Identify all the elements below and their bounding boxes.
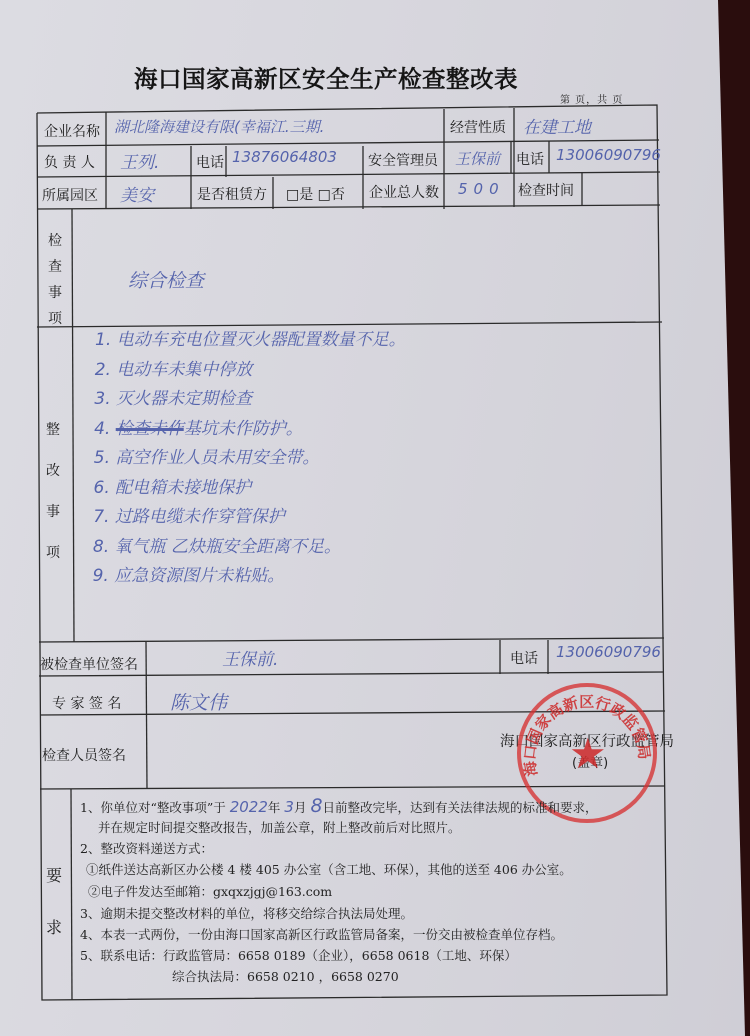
- rectification-item[interactable]: 8. 氧气瓶 乙炔瓶安全距离不足。: [93, 532, 341, 557]
- safety-phone-label: 电话: [516, 149, 544, 169]
- label-char: 检: [45, 228, 65, 254]
- item-number: 9.: [93, 566, 115, 586]
- requirement-5: 5、联系电话：行政监管局：6658 0189（企业），6658 0618（工地、…: [80, 946, 517, 964]
- item-number: 5.: [94, 448, 116, 468]
- headcount-label: 企业总人数: [369, 182, 439, 202]
- label-char: 改: [43, 451, 63, 492]
- item-text: 电动车未集中停放: [116, 360, 252, 380]
- phone-label: 电话: [196, 152, 224, 172]
- inspected-phone-value[interactable]: 13006090796: [556, 643, 661, 661]
- park-value[interactable]: 美安: [120, 181, 154, 206]
- item-text: 应急资源图片未粘贴。: [114, 566, 284, 586]
- req-text: 月: [294, 800, 307, 815]
- label-char: 事: [45, 280, 65, 306]
- requirement-4: 4、本表一式两份，一份由海口国家高新区行政监管局备案，一份交由被检查单位存档。: [80, 925, 563, 943]
- seal-organization: 海口国家高新区行政监管局: [500, 730, 674, 751]
- company-name-value[interactable]: 湖北隆海建设有限(幸福江.三期.: [114, 116, 324, 137]
- seal-note: (盖章): [572, 752, 608, 771]
- req-text: 1、你单位对“整改事项”于: [80, 800, 226, 815]
- lessee-options[interactable]: □是 □否: [286, 184, 345, 204]
- headcount-value[interactable]: 500: [458, 180, 505, 198]
- label-char: 事: [43, 492, 63, 533]
- deadline-month[interactable]: 3: [284, 798, 294, 816]
- requirement-1: 1、你单位对“整改事项”于 2022年 3月 8日前整改完毕，达到有关法律法规的…: [80, 795, 598, 817]
- deadline-year[interactable]: 2022: [230, 798, 268, 816]
- item-number: 6.: [94, 478, 116, 498]
- rectification-item[interactable]: 6. 配电箱未接地保护: [94, 473, 252, 498]
- company-name-label: 企业名称: [44, 121, 100, 141]
- requirement-2b: ②电子件发达至邮箱：gxqxzjgj@163.com: [88, 882, 332, 900]
- business-type-label: 经营性质: [450, 117, 506, 137]
- requirement-5-cont: 综合执法局：6658 0210 ，6658 0270: [172, 967, 399, 985]
- item-number: 7.: [93, 507, 115, 527]
- inspector-label: 检查人员签名: [42, 745, 126, 765]
- responsible-label: 负 责 人: [44, 152, 95, 172]
- item-number: 2.: [95, 360, 117, 380]
- label-char: 查: [45, 254, 65, 280]
- requirement-2a: ①纸件送达高新区办公楼 4 楼 405 办公室（含工地、环保），其他的送至 40…: [86, 860, 572, 878]
- inspection-time-label: 检查时间: [518, 180, 574, 200]
- inspected-phone-label: 电话: [510, 648, 538, 668]
- rectification-items-label: 整 改 事 项: [43, 410, 63, 574]
- rectification-item[interactable]: 3. 灭火器未定期检查: [94, 384, 252, 409]
- item-text: 氧气瓶 乙炔瓶安全距离不足。: [115, 537, 341, 557]
- safety-manager-label: 安全管理员: [368, 150, 438, 170]
- label-char: 要: [44, 850, 64, 902]
- label-char: 项: [43, 533, 63, 574]
- item-number: 4.: [94, 419, 116, 439]
- requirement-3: 3、逾期未提交整改材料的单位，将移交给综合执法局处理。: [80, 904, 413, 922]
- rectification-item[interactable]: 4. 检查未作基坑未作防护。: [94, 414, 303, 439]
- rectification-item[interactable]: 1. 电动车充电位置灭火器配置数量不足。: [95, 325, 406, 350]
- item-text: 灭火器未定期检查: [116, 389, 252, 409]
- requirement-1-cont: 并在规定时间提交整改报告，加盖公章，附上整改前后对比照片。: [98, 818, 461, 836]
- requirements-label: 要 求: [44, 850, 64, 954]
- responsible-value[interactable]: 王列.: [120, 148, 159, 173]
- expert-signature[interactable]: 陈文伟: [170, 688, 227, 715]
- rectification-item[interactable]: 7. 过路电缆未作穿管保护: [93, 502, 285, 527]
- label-char: 求: [44, 902, 64, 954]
- inspected-unit-signature[interactable]: 王保前.: [222, 645, 278, 670]
- business-type-value[interactable]: 在建工地: [523, 113, 591, 138]
- item-number: 1.: [95, 330, 117, 350]
- struck-text: 检查未作: [116, 419, 184, 439]
- req-text: 日前整改完毕，达到有关法律法规的标准和要求，: [323, 800, 598, 815]
- park-label: 所属园区: [42, 185, 98, 205]
- item-text: 过路电缆未作穿管保护: [115, 507, 285, 527]
- deadline-day[interactable]: 8: [310, 795, 322, 817]
- item-text: 配电箱未接地保护: [115, 478, 251, 498]
- lessee-label: 是否租赁方: [197, 184, 267, 204]
- item-number: 3.: [94, 389, 116, 409]
- item-number: 8.: [93, 537, 115, 557]
- req-text: 年: [268, 800, 281, 815]
- inspection-items-label: 检 查 事 项: [45, 228, 65, 332]
- item-text: 电动车充电位置灭火器配置数量不足。: [117, 330, 406, 350]
- label-char: 整: [43, 410, 63, 451]
- rectification-item[interactable]: 9. 应急资源图片未粘贴。: [93, 561, 285, 586]
- inspection-items-value[interactable]: 综合检查: [128, 266, 204, 293]
- safety-manager-value[interactable]: 王保前: [455, 148, 500, 169]
- label-char: 项: [45, 306, 65, 332]
- rectification-item[interactable]: 2. 电动车未集中停放: [95, 355, 253, 380]
- phone-value[interactable]: 13876064803: [232, 148, 337, 166]
- inspected-unit-label: 被检查单位签名: [40, 654, 138, 674]
- rectification-item[interactable]: 5. 高空作业人员未用安全带。: [94, 443, 320, 468]
- item-text: 高空作业人员未用安全带。: [115, 448, 319, 468]
- safety-phone-value[interactable]: 13006090796: [556, 146, 661, 164]
- requirement-2: 2、整改资料递送方式：: [80, 839, 213, 857]
- expert-label: 专 家 签 名: [52, 693, 121, 713]
- item-text: 基坑未作防护。: [184, 419, 303, 439]
